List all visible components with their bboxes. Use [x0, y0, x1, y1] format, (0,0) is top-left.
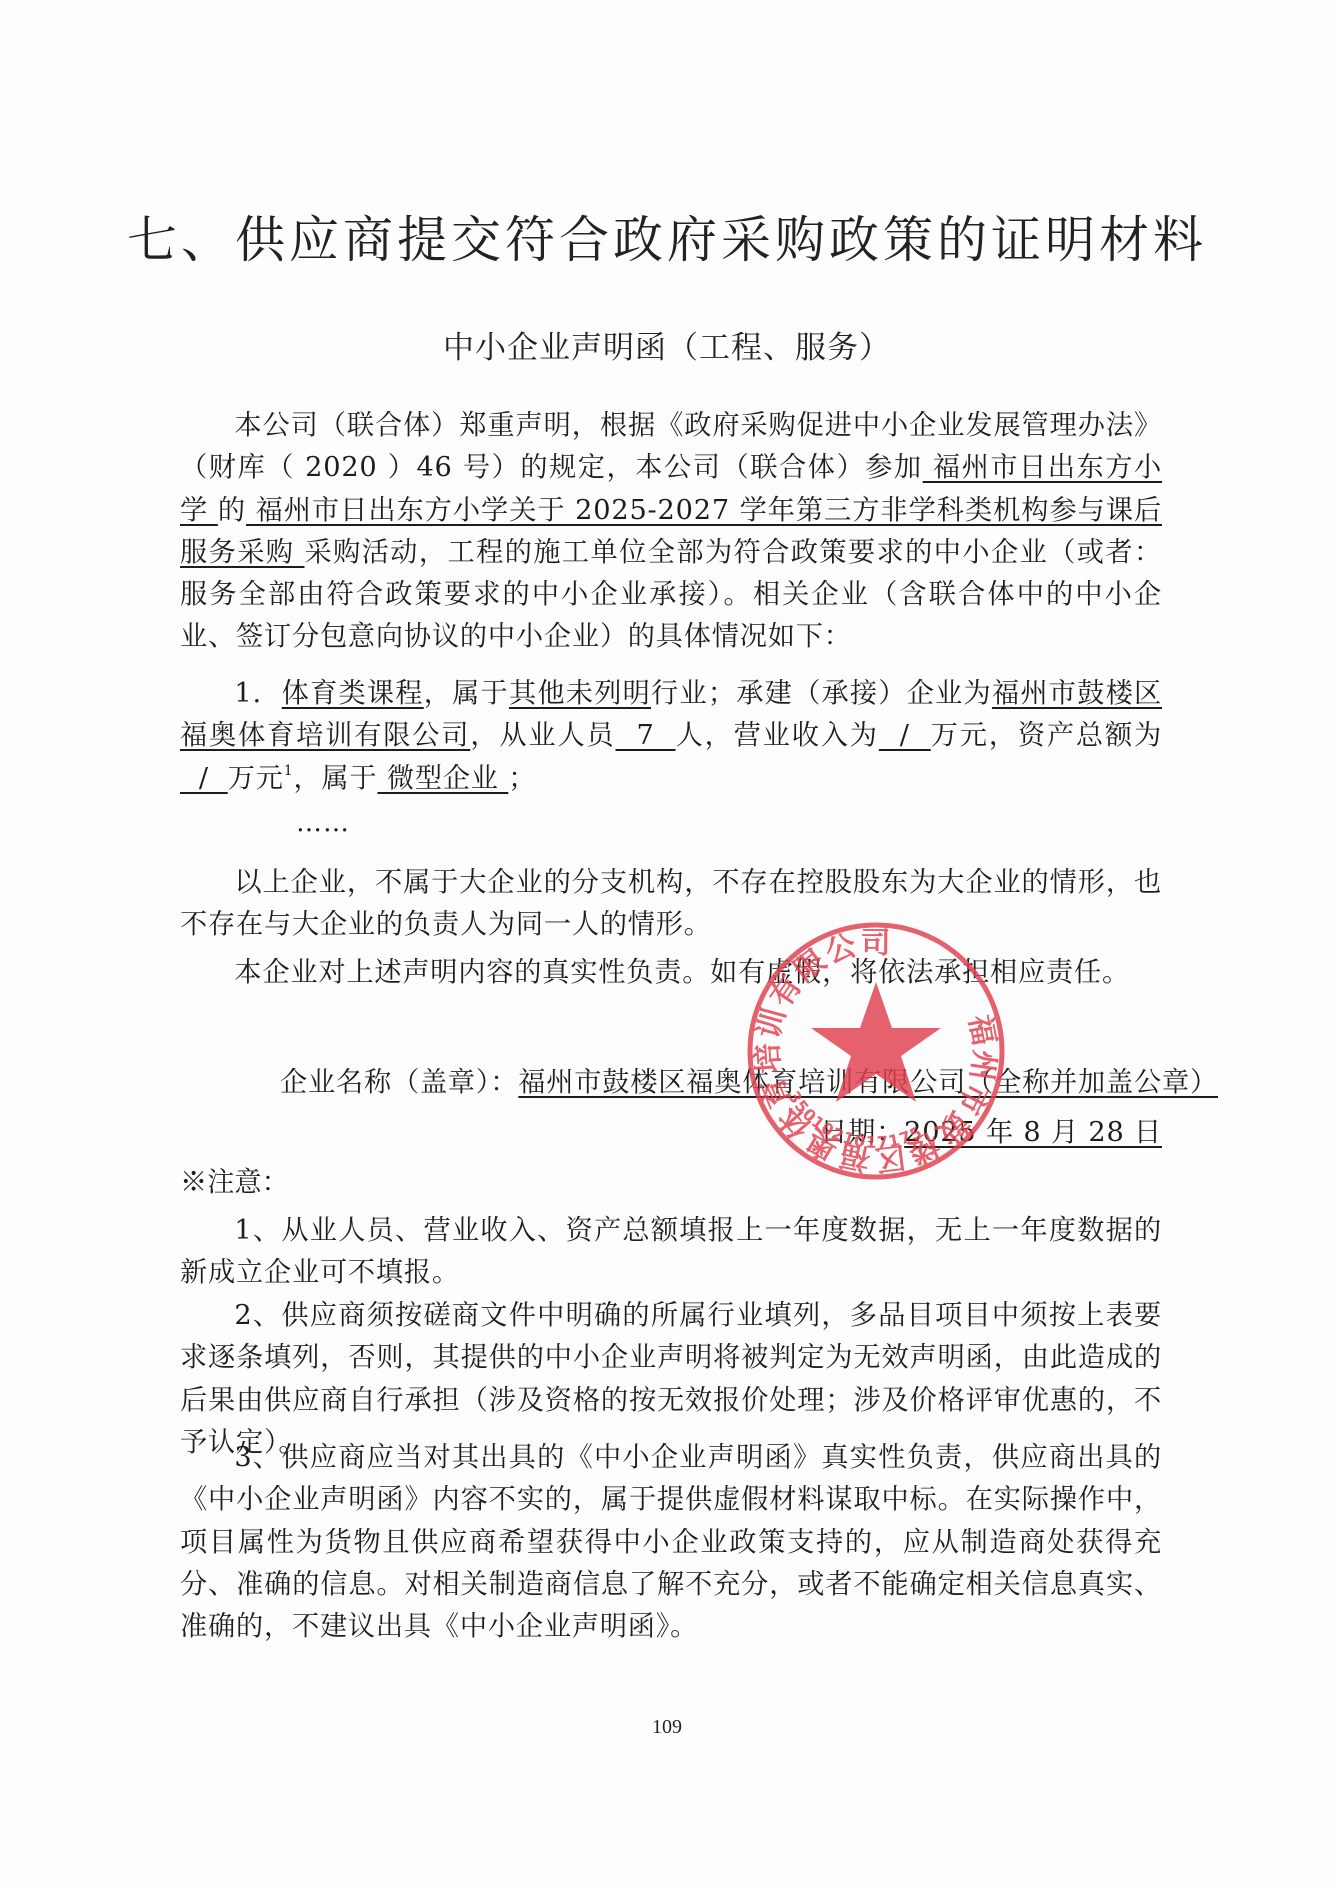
item-employees: 7 [616, 720, 676, 751]
date-line: 日期：2025 年 8 月 28 日 [820, 1110, 1162, 1149]
note-3-text: 3、供应商应当对其出具的《中小企业声明函》真实性负责，供应商出具的《中小企业声明… [180, 1437, 1162, 1648]
letter-title: 中小企业声明函（工程、服务） [0, 322, 1334, 367]
intro-text-3: 采购活动，工程的施工单位全部为符合政策要求的中小企业（或者：服务全部由符合政策要… [180, 537, 1162, 653]
signature-company: 福州市鼓楼区福奥体育培训有限公司（全称并加盖公章） [518, 1067, 1218, 1098]
statement-2-text: 本企业对上述声明内容的真实性负责。如有虚假，将依法承担相应责任。 [180, 952, 1162, 994]
notes-title: ※注意： [180, 1160, 289, 1199]
signature-label: 企业名称（盖章）： [280, 1067, 518, 1098]
item-text: 人，营业收入为 [676, 720, 879, 751]
ellipsis: …… [296, 808, 350, 838]
item-text: 万元 [228, 763, 284, 794]
intro-paragraph: 本公司（联合体）郑重声明，根据《政府采购促进中小企业发展管理办法》（财库（ 20… [180, 405, 1162, 659]
item-text: ； [508, 763, 536, 794]
statement-2: 本企业对上述声明内容的真实性负责。如有虚假，将依法承担相应责任。 [180, 952, 1162, 994]
item-text: ，从业人员 [470, 720, 615, 751]
page-number: 109 [0, 1716, 1334, 1739]
item-revenue: / [879, 720, 931, 751]
item-assets: / [180, 763, 228, 794]
item-enterprise-type: 微型企业 [377, 763, 508, 794]
signature-line: 企业名称（盖章）：福州市鼓楼区福奥体育培训有限公司（全称并加盖公章） [280, 1060, 1218, 1099]
note-1-text: 1、从业人员、营业收入、资产总额填报上一年度数据，无上一年度数据的新成立企业可不… [180, 1210, 1162, 1295]
note-3: 3、供应商应当对其出具的《中小企业声明函》真实性负责，供应商出具的《中小企业声明… [180, 1437, 1162, 1648]
date-label: 日期： [820, 1117, 904, 1148]
item-text: ，属于 [424, 678, 509, 709]
item-text: 行业；承建（承接）企业为 [651, 678, 992, 709]
intro-text-2: 的 [218, 495, 246, 526]
note-1: 1、从业人员、营业收入、资产总额填报上一年度数据，无上一年度数据的新成立企业可不… [180, 1210, 1162, 1295]
section-title: 七、供应商提交符合政府采购政策的证明材料 [0, 200, 1334, 272]
item-project-name: 体育类课程 [282, 678, 424, 709]
footnote-mark: 1 [284, 763, 294, 779]
item-text: ，属于 [293, 763, 377, 794]
statement-1: 以上企业，不属于大企业的分支机构，不存在控股股东为大企业的情形，也不存在与大企业… [180, 862, 1162, 947]
statement-1-text: 以上企业，不属于大企业的分支机构，不存在控股股东为大企业的情形，也不存在与大企业… [180, 862, 1162, 947]
date-value: 2025 年 8 月 28 日 [904, 1117, 1162, 1148]
item-number: 1. [234, 678, 262, 709]
item-text: 万元，资产总额为 [931, 720, 1162, 751]
document-page: 七、供应商提交符合政府采购政策的证明材料 中小企业声明函（工程、服务） 本公司（… [0, 0, 1334, 1886]
item-industry: 其他未列明 [509, 678, 651, 709]
enterprise-item-1: 1. 体育类课程，属于其他未列明行业；承建（承接）企业为福州市鼓楼区福奥体育培训… [180, 673, 1162, 800]
